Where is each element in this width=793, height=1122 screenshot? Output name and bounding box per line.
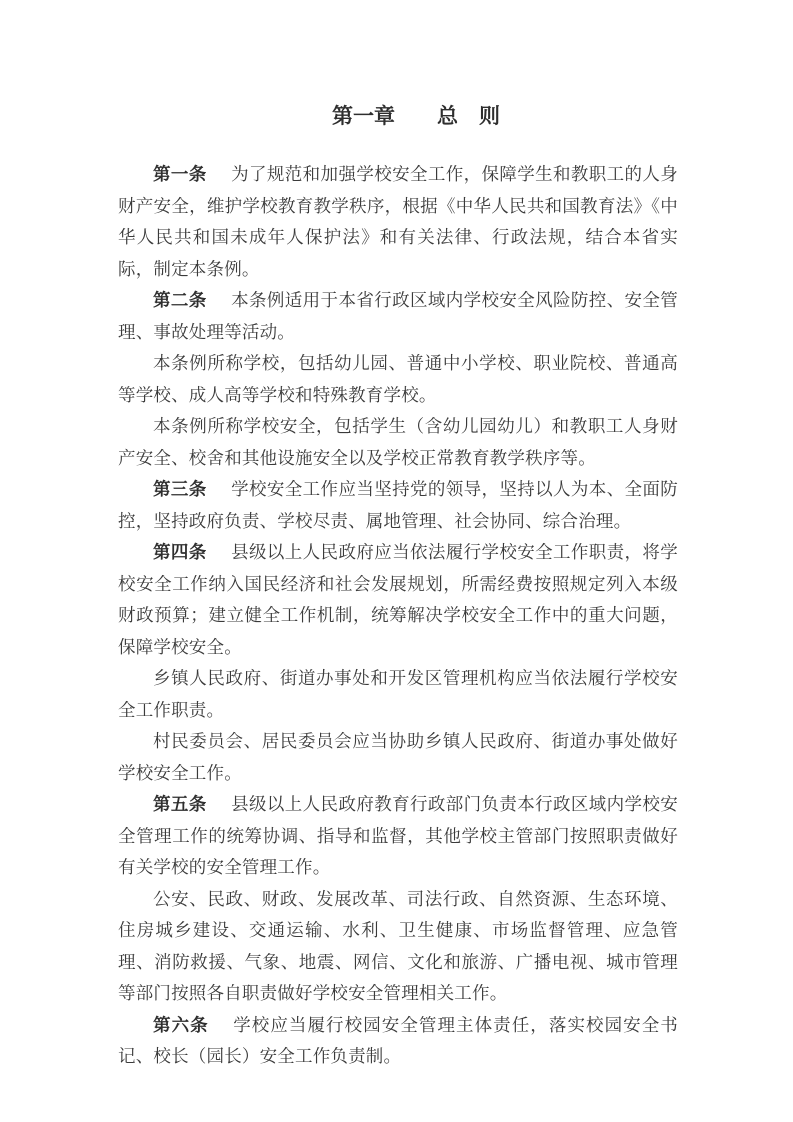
document-body: 第一条为了规范和加强学校安全工作，保障学生和教职工的人身财产安全，维护学校教育教… <box>118 160 678 1074</box>
article-paragraph: 第六条学校应当履行校园安全管理主体责任，落实校园安全书记、校长（园长）安全工作负… <box>118 1011 678 1074</box>
article-number: 第三条 <box>153 480 207 500</box>
paragraph-text: 本条例所称学校，包括幼儿园、普通中小学校、职业院校、普通高等学校、成人高等学校和… <box>118 354 678 406</box>
article-number: 第五条 <box>153 795 207 815</box>
article-number: 第四条 <box>153 543 207 563</box>
article-paragraph: 公安、民政、财政、发展改革、司法行政、自然资源、生态环境、住房城乡建设、交通运输… <box>118 885 678 1011</box>
article-number: 第一条 <box>153 165 207 185</box>
paragraph-text: 公安、民政、财政、发展改革、司法行政、自然资源、生态环境、住房城乡建设、交通运输… <box>118 890 678 1005</box>
paragraph-text: 本条例所称学校安全，包括学生（含幼儿园幼儿）和教职工人身财产安全、校舍和其他设施… <box>118 417 678 469</box>
article-paragraph: 第三条学校安全工作应当坚持党的领导，坚持以人为本、全面防控，坚持政府负责、学校尽… <box>118 475 678 538</box>
article-number: 第二条 <box>153 291 207 311</box>
chapter-heading: 第一章 总 则 <box>136 100 696 132</box>
paragraph-text: 乡镇人民政府、街道办事处和开发区管理机构应当依法履行学校安全工作职责。 <box>118 669 678 721</box>
article-paragraph: 第二条本条例适用于本省行政区域内学校安全风险防控、安全管理、事故处理等活动。 <box>118 286 678 349</box>
article-paragraph: 第四条县级以上人民政府应当依法履行学校安全工作职责，将学校安全工作纳入国民经济和… <box>118 538 678 664</box>
article-paragraph: 乡镇人民政府、街道办事处和开发区管理机构应当依法履行学校安全工作职责。 <box>118 664 678 727</box>
document-page: 第一章 总 则 第一条为了规范和加强学校安全工作，保障学生和教职工的人身财产安全… <box>0 0 793 1122</box>
article-paragraph: 本条例所称学校安全，包括学生（含幼儿园幼儿）和教职工人身财产安全、校舍和其他设施… <box>118 412 678 475</box>
article-paragraph: 第一条为了规范和加强学校安全工作，保障学生和教职工的人身财产安全，维护学校教育教… <box>118 160 678 286</box>
paragraph-text: 村民委员会、居民委员会应当协助乡镇人民政府、街道办事处做好学校安全工作。 <box>118 732 678 784</box>
article-paragraph: 本条例所称学校，包括幼儿园、普通中小学校、职业院校、普通高等学校、成人高等学校和… <box>118 349 678 412</box>
article-paragraph: 村民委员会、居民委员会应当协助乡镇人民政府、街道办事处做好学校安全工作。 <box>118 727 678 790</box>
article-number: 第六条 <box>153 1016 209 1036</box>
article-paragraph: 第五条县级以上人民政府教育行政部门负责本行政区域内学校安全管理工作的统筹协调、指… <box>118 790 678 885</box>
